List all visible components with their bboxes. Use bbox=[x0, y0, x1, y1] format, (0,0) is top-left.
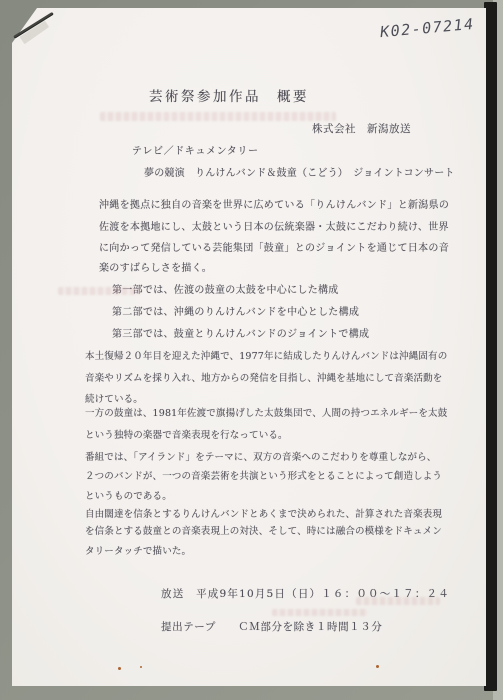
scan-background: K02-07214 芸術祭参加作品 概要 株式会社 新潟放送 テレビ／ドキュメン… bbox=[0, 0, 503, 700]
company-name: 株式会社 新潟放送 bbox=[312, 121, 411, 136]
structure-line: 第一部では、佐渡の鼓童の太鼓を中心にした構成 bbox=[112, 281, 339, 296]
submitted-tape-duration: 提出テープ ＣＭ部分を除き１時間１３分 bbox=[161, 619, 382, 634]
description-line: 一方の鼓童は、1981年佐渡で旗揚げした太鼓集団で、人間の持つエネルギーを太鼓 bbox=[85, 405, 447, 419]
description-line: タリータッチで描いた。 bbox=[85, 543, 191, 557]
ink-bleedthrough-smudge bbox=[356, 597, 440, 605]
ink-bleedthrough-smudge bbox=[100, 112, 336, 121]
description-line: 続けている。 bbox=[85, 391, 143, 405]
description-line: 番組では、「アイランド」をテーマに、双方の音楽へのこだわりを尊重しながら、 bbox=[85, 449, 436, 463]
description-line: 自由闊達を信条とするりんけんバンドとあくまで決められた、計算された音楽表現 bbox=[85, 506, 442, 520]
synopsis-line: 佐渡を本拠地にし、太鼓という日本の伝統楽器・太鼓にこだわり続け、世界 bbox=[99, 218, 449, 233]
ink-bleedthrough-smudge bbox=[272, 609, 368, 616]
ink-bleedthrough-smudge bbox=[58, 287, 140, 295]
description-line: を信条とする鼓童との音楽表現上の対決、そして、時には融合の模様をドキュメン bbox=[85, 523, 442, 537]
rust-speck bbox=[118, 667, 121, 670]
synopsis-line: 沖縄を拠点に独自の音楽を世界に広めている「りんけんバンド」と新潟県の bbox=[99, 196, 449, 211]
structure-line: 第三部では、鼓童とりんけんバンドのジョイントで構成 bbox=[112, 325, 369, 340]
program-category: テレビ／ドキュメンタリー bbox=[132, 142, 259, 157]
handwritten-archive-code: K02-07214 bbox=[379, 15, 475, 41]
description-line: という独特の楽器で音楽表現を行なっている。 bbox=[85, 427, 288, 441]
scanned-document-page: K02-07214 芸術祭参加作品 概要 株式会社 新潟放送 テレビ／ドキュメン… bbox=[12, 8, 486, 686]
program-title: 夢の競演 りんけんバンド＆鼓童（こどう） ジョイントコンサート bbox=[144, 164, 455, 179]
description-line: 音楽やリズムを採り入れ、地方からの発信を目指し、沖縄を基地にして音楽活動を bbox=[85, 370, 442, 384]
description-line: 本土復帰２０年目を迎えた沖縄で、1977年に結成したりんけんバンドは沖縄固有の bbox=[85, 348, 447, 362]
synopsis-line: 楽のすばらしさを描く。 bbox=[99, 259, 212, 274]
rust-speck bbox=[376, 665, 379, 668]
structure-line: 第二部では、沖縄のりんけんバンドを中心とした構成 bbox=[112, 303, 359, 318]
page-title: 芸術祭参加作品 概要 bbox=[149, 85, 309, 105]
rust-speck bbox=[140, 666, 142, 668]
description-line: ２つのバンドが、一つの音楽芸術を共演という形式をとることによって創造しよう bbox=[85, 468, 442, 482]
description-line: というものである。 bbox=[85, 488, 172, 502]
synopsis-line: に向かって発信している芸能集団「鼓童」とのジョイントを通じて日本の音 bbox=[99, 239, 449, 254]
